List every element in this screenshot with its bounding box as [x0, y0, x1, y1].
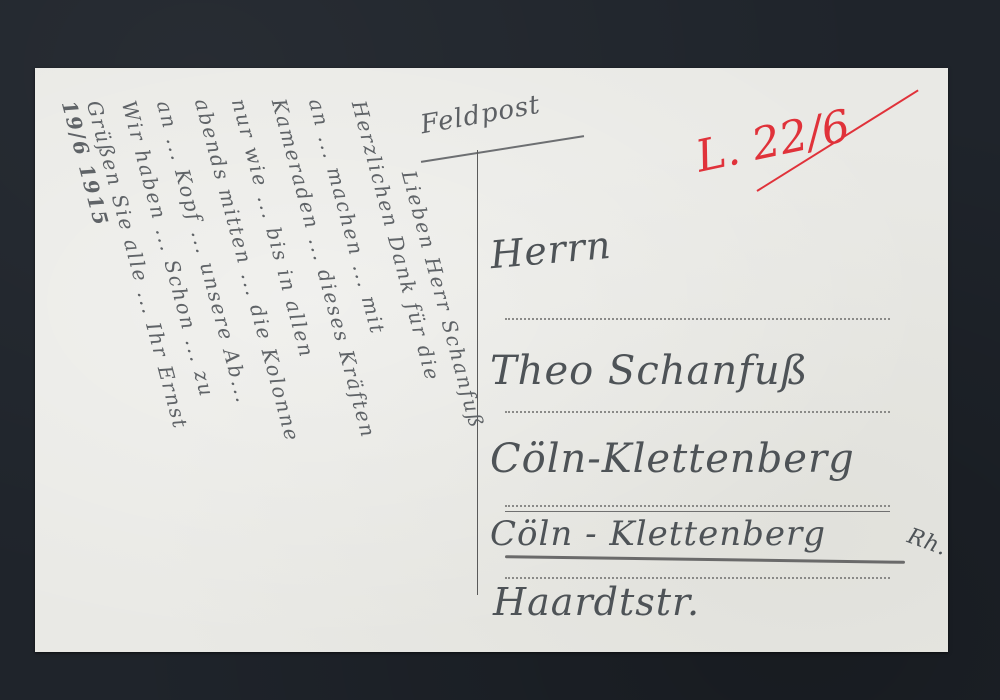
- address-salutation: Herrn: [488, 223, 613, 277]
- red-annotation: L. 22/6: [691, 100, 854, 182]
- city-underline: [505, 555, 905, 564]
- address-line-2: [505, 411, 890, 413]
- address-city-2: Cöln - Klettenberg: [490, 514, 826, 554]
- feldpost-label: Feldpost: [418, 90, 542, 141]
- address-name: Theo Schanfuß: [490, 348, 808, 394]
- postcard: Feldpost L. 22/6 Herrn Theo Schanfuß Cöl…: [35, 68, 948, 652]
- address-city-1: Cöln-Klettenberg: [490, 436, 855, 482]
- address-line-3-solid: [505, 511, 890, 512]
- address-street: Haardtstr.: [493, 580, 700, 624]
- address-line-4: [505, 577, 890, 579]
- card-divider: [477, 150, 478, 595]
- address-line-3: [505, 505, 890, 507]
- address-suffix: Rh.: [904, 524, 951, 561]
- address-line-1: [505, 318, 890, 320]
- feldpost-underline: [421, 135, 584, 163]
